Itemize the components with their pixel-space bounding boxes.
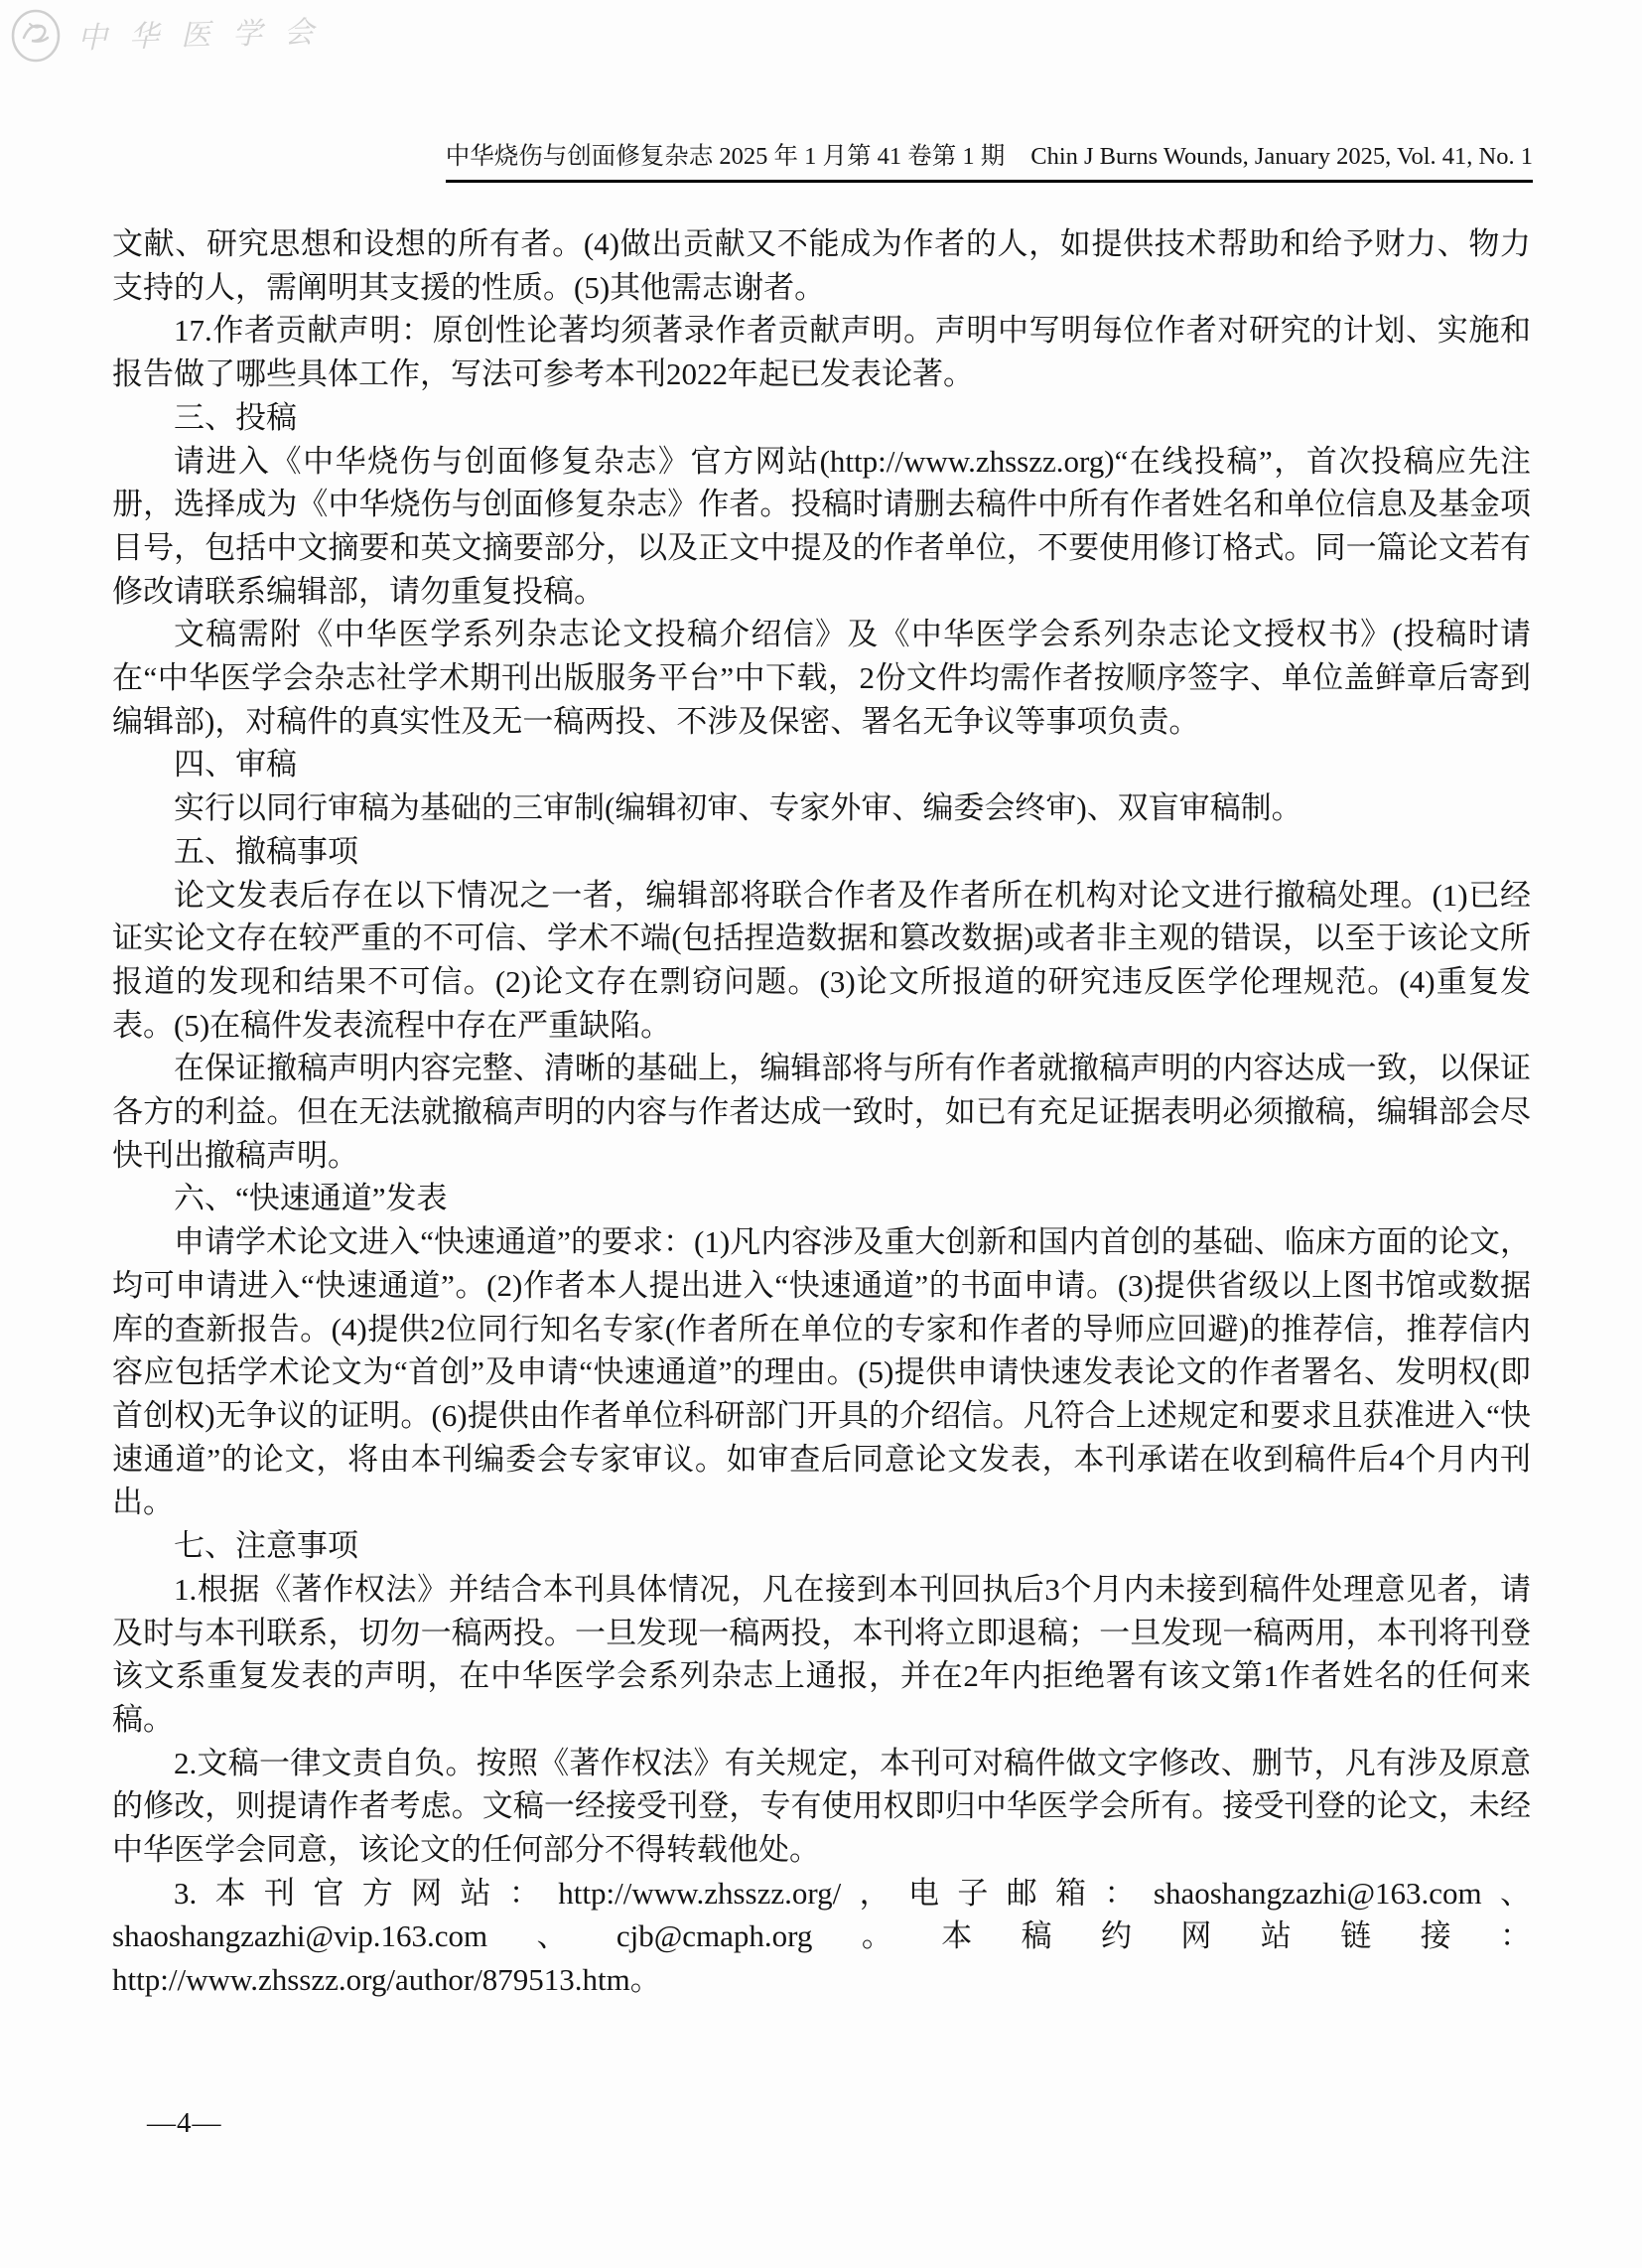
- seal-stamp-icon: [10, 8, 64, 64]
- paragraph: 文献、研究思想和设想的所有者。(4)做出贡献又不能成为作者的人，如提供技术帮助和…: [112, 222, 1531, 309]
- article-body: 文献、研究思想和设想的所有者。(4)做出贡献又不能成为作者的人，如提供技术帮助和…: [112, 222, 1531, 2002]
- paragraph: 文稿需附《中华医学系列杂志论文投稿介绍信》及《中华医学会系列杂志论文授权书》(投…: [112, 613, 1531, 743]
- running-head-cn: 中华烧伤与创面修复杂志 2025 年 1 月第 41 卷第 1 期: [446, 143, 1006, 170]
- paragraph: 3.本刊官方网站：http://www.zhsszz.org/，电子邮箱：sha…: [112, 1872, 1531, 2002]
- watermark: 中华医学会: [10, 8, 336, 64]
- paragraph: 1.根据《著作权法》并结合本刊具体情况，凡在接到本刊回执后3个月内未接到稿件处理…: [112, 1568, 1531, 1742]
- page-number: —4—: [147, 2107, 222, 2140]
- section-heading: 七、注意事项: [112, 1524, 1531, 1568]
- journal-page: 中华医学会 中华烧伤与创面修复杂志 2025 年 1 月第 41 卷第 1 期C…: [0, 0, 1642, 2268]
- section-heading: 四、审稿: [112, 743, 1531, 786]
- paragraph: 17.作者贡献声明：原创性论著均须著录作者贡献声明。声明中写明每位作者对研究的计…: [112, 309, 1531, 395]
- section-heading: 六、“快速通道”发表: [112, 1177, 1531, 1220]
- section-heading: 五、撤稿事项: [112, 830, 1531, 874]
- paragraph: 申请学术论文进入“快速通道”的要求：(1)凡内容涉及重大创新和国内首创的基础、临…: [112, 1220, 1531, 1524]
- paragraph: 在保证撤稿声明内容完整、清晰的基础上，编辑部将与所有作者就撤稿声明的内容达成一致…: [112, 1047, 1531, 1177]
- running-head: 中华烧伤与创面修复杂志 2025 年 1 月第 41 卷第 1 期Chin J …: [446, 143, 1533, 183]
- paragraph: 2.文稿一律文责自负。按照《著作权法》有关规定，本刊可对稿件做文字修改、删节，凡…: [112, 1742, 1531, 1872]
- paragraph: 实行以同行审稿为基础的三审制(编辑初审、专家外审、编委会终审)、双盲审稿制。: [112, 786, 1531, 830]
- paragraph: 请进入《中华烧伤与创面修复杂志》官方网站(http://www.zhsszz.o…: [112, 440, 1531, 614]
- section-heading: 三、投稿: [112, 396, 1531, 440]
- paragraph: 论文发表后存在以下情况之一者，编辑部将联合作者及作者所在机构对论文进行撤稿处理。…: [112, 874, 1531, 1048]
- watermark-signature: 中华医学会: [76, 7, 336, 58]
- running-head-en: Chin J Burns Wounds, January 2025, Vol. …: [1030, 143, 1533, 170]
